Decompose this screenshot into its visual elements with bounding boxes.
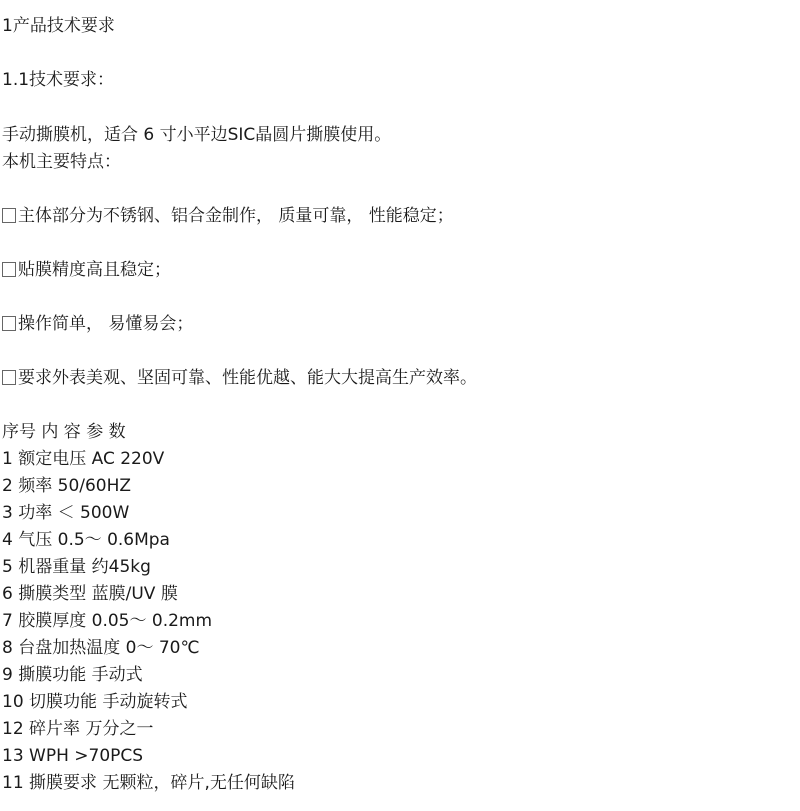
spec-row: 1 额定电压 AC 220V — [2, 448, 164, 470]
spec-row: 4 气压 0.5～ 0.6Mpa — [2, 529, 170, 551]
spec-row: 2 频率 50/60HZ — [2, 475, 131, 497]
subsection-heading: 1.1技术要求： — [2, 69, 114, 91]
section-heading: 1产品技术要求 — [2, 15, 115, 37]
spec-row: 13 WPH >70PCS — [2, 745, 143, 767]
spec-row: 10 切膜功能 手动旋转式 — [2, 691, 187, 713]
spec-row: 8 台盘加热温度 0～ 70℃ — [2, 637, 200, 659]
spec-row: 3 功率 ＜ 500W — [2, 502, 129, 524]
checkbox-icon — [2, 370, 16, 385]
features-label: 本机主要特点： — [2, 151, 121, 173]
spec-row: 5 机器重量 约45kg — [2, 556, 151, 578]
spec-row: 9 撕膜功能 手动式 — [2, 664, 143, 686]
feature-item: 贴膜精度高且稳定； — [2, 259, 171, 281]
feature-item: 操作简单， 易懂易会； — [2, 313, 193, 335]
spec-row: 11 撕膜要求 无颗粒，碎片,无任何缺陷 — [2, 772, 295, 794]
spec-table-header: 序号 内 容 参 数 — [2, 421, 126, 443]
spec-row: 6 撕膜类型 蓝膜/UV 膜 — [2, 583, 178, 605]
feature-item: 主体部分为不锈钢、铝合金制作， 质量可靠， 性能稳定； — [2, 205, 454, 227]
checkbox-icon — [2, 316, 16, 331]
checkbox-icon — [2, 262, 16, 277]
checkbox-icon — [2, 208, 16, 223]
intro-text: 手动撕膜机，适合 6 寸小平边SIC晶圆片撕膜使用。 — [2, 124, 391, 146]
spec-row: 12 碎片率 万分之一 — [2, 718, 153, 740]
spec-row: 7 胶膜厚度 0.05～ 0.2mm — [2, 610, 212, 632]
feature-item: 要求外表美观、坚固可靠、性能优越、能大大提高生产效率。 — [2, 367, 477, 389]
